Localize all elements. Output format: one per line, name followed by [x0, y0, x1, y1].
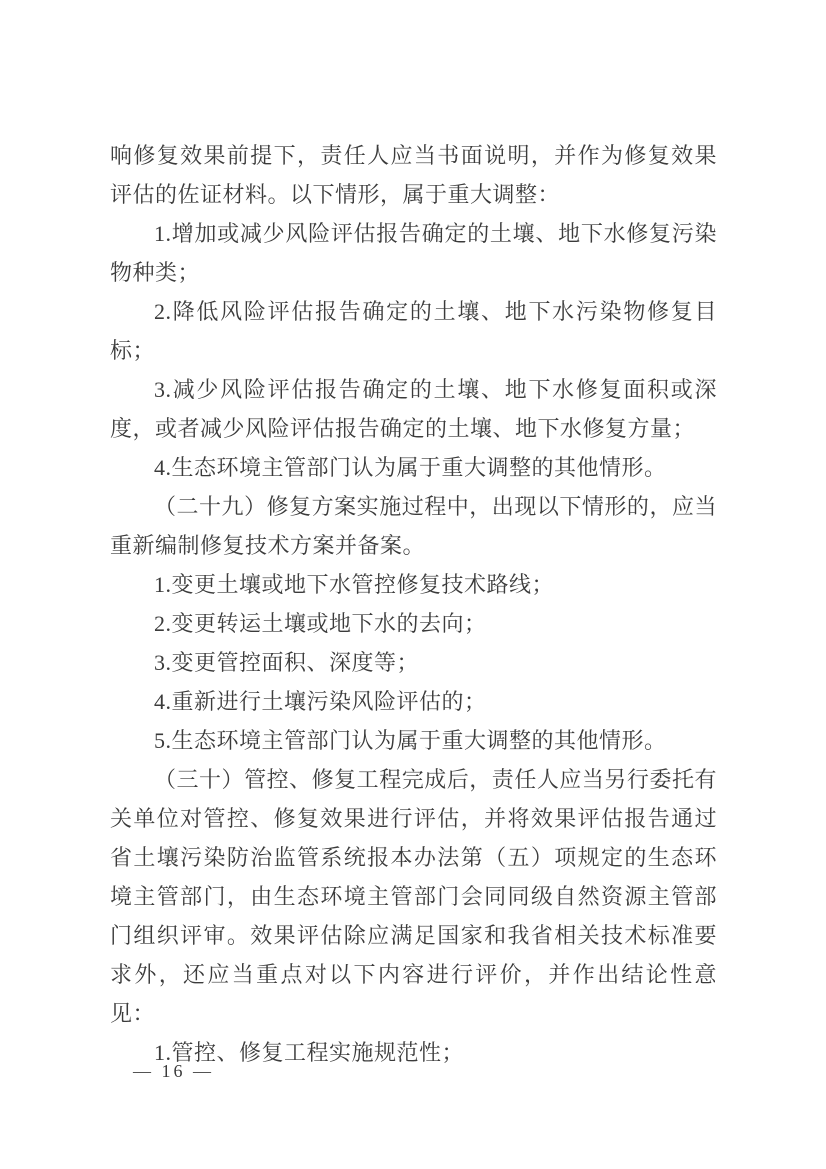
clause-30: （三十）管控、修复工程完成后，责任人应当另行委托有关单位对管控、修复效果进行评估… [110, 760, 717, 1033]
clause-29-item-1: 1.变更土壤或地下水管控修复技术路线； [110, 565, 717, 604]
paragraph-continuation: 响修复效果前提下，责任人应当书面说明，并作为修复效果评估的佐证材料。以下情形，属… [110, 136, 717, 214]
clause-29-item-3: 3.变更管控面积、深度等； [110, 643, 717, 682]
document-page: 响修复效果前提下，责任人应当书面说明，并作为修复效果评估的佐证材料。以下情形，属… [0, 0, 826, 1169]
document-body: 响修复效果前提下，责任人应当书面说明，并作为修复效果评估的佐证材料。以下情形，属… [110, 136, 717, 1072]
clause-29-item-2: 2.变更转运土壤或地下水的去向； [110, 604, 717, 643]
page-footer: — 16 — [133, 1057, 214, 1085]
clause-29-item-4: 4.重新进行土壤污染风险评估的； [110, 682, 717, 721]
clause-29-item-5: 5.生态环境主管部门认为属于重大调整的其他情形。 [110, 721, 717, 760]
list-item-1: 1.增加或减少风险评估报告确定的土壤、地下水修复污染物种类； [110, 214, 717, 292]
page-number: — 16 — [133, 1061, 214, 1081]
clause-29: （二十九）修复方案实施过程中，出现以下情形的，应当重新编制修复技术方案并备案。 [110, 487, 717, 565]
list-item-4: 4.生态环境主管部门认为属于重大调整的其他情形。 [110, 448, 717, 487]
list-item-2: 2.降低风险评估报告确定的土壤、地下水污染物修复目标； [110, 292, 717, 370]
list-item-3: 3.减少风险评估报告确定的土壤、地下水修复面积或深度，或者减少风险评估报告确定的… [110, 370, 717, 448]
